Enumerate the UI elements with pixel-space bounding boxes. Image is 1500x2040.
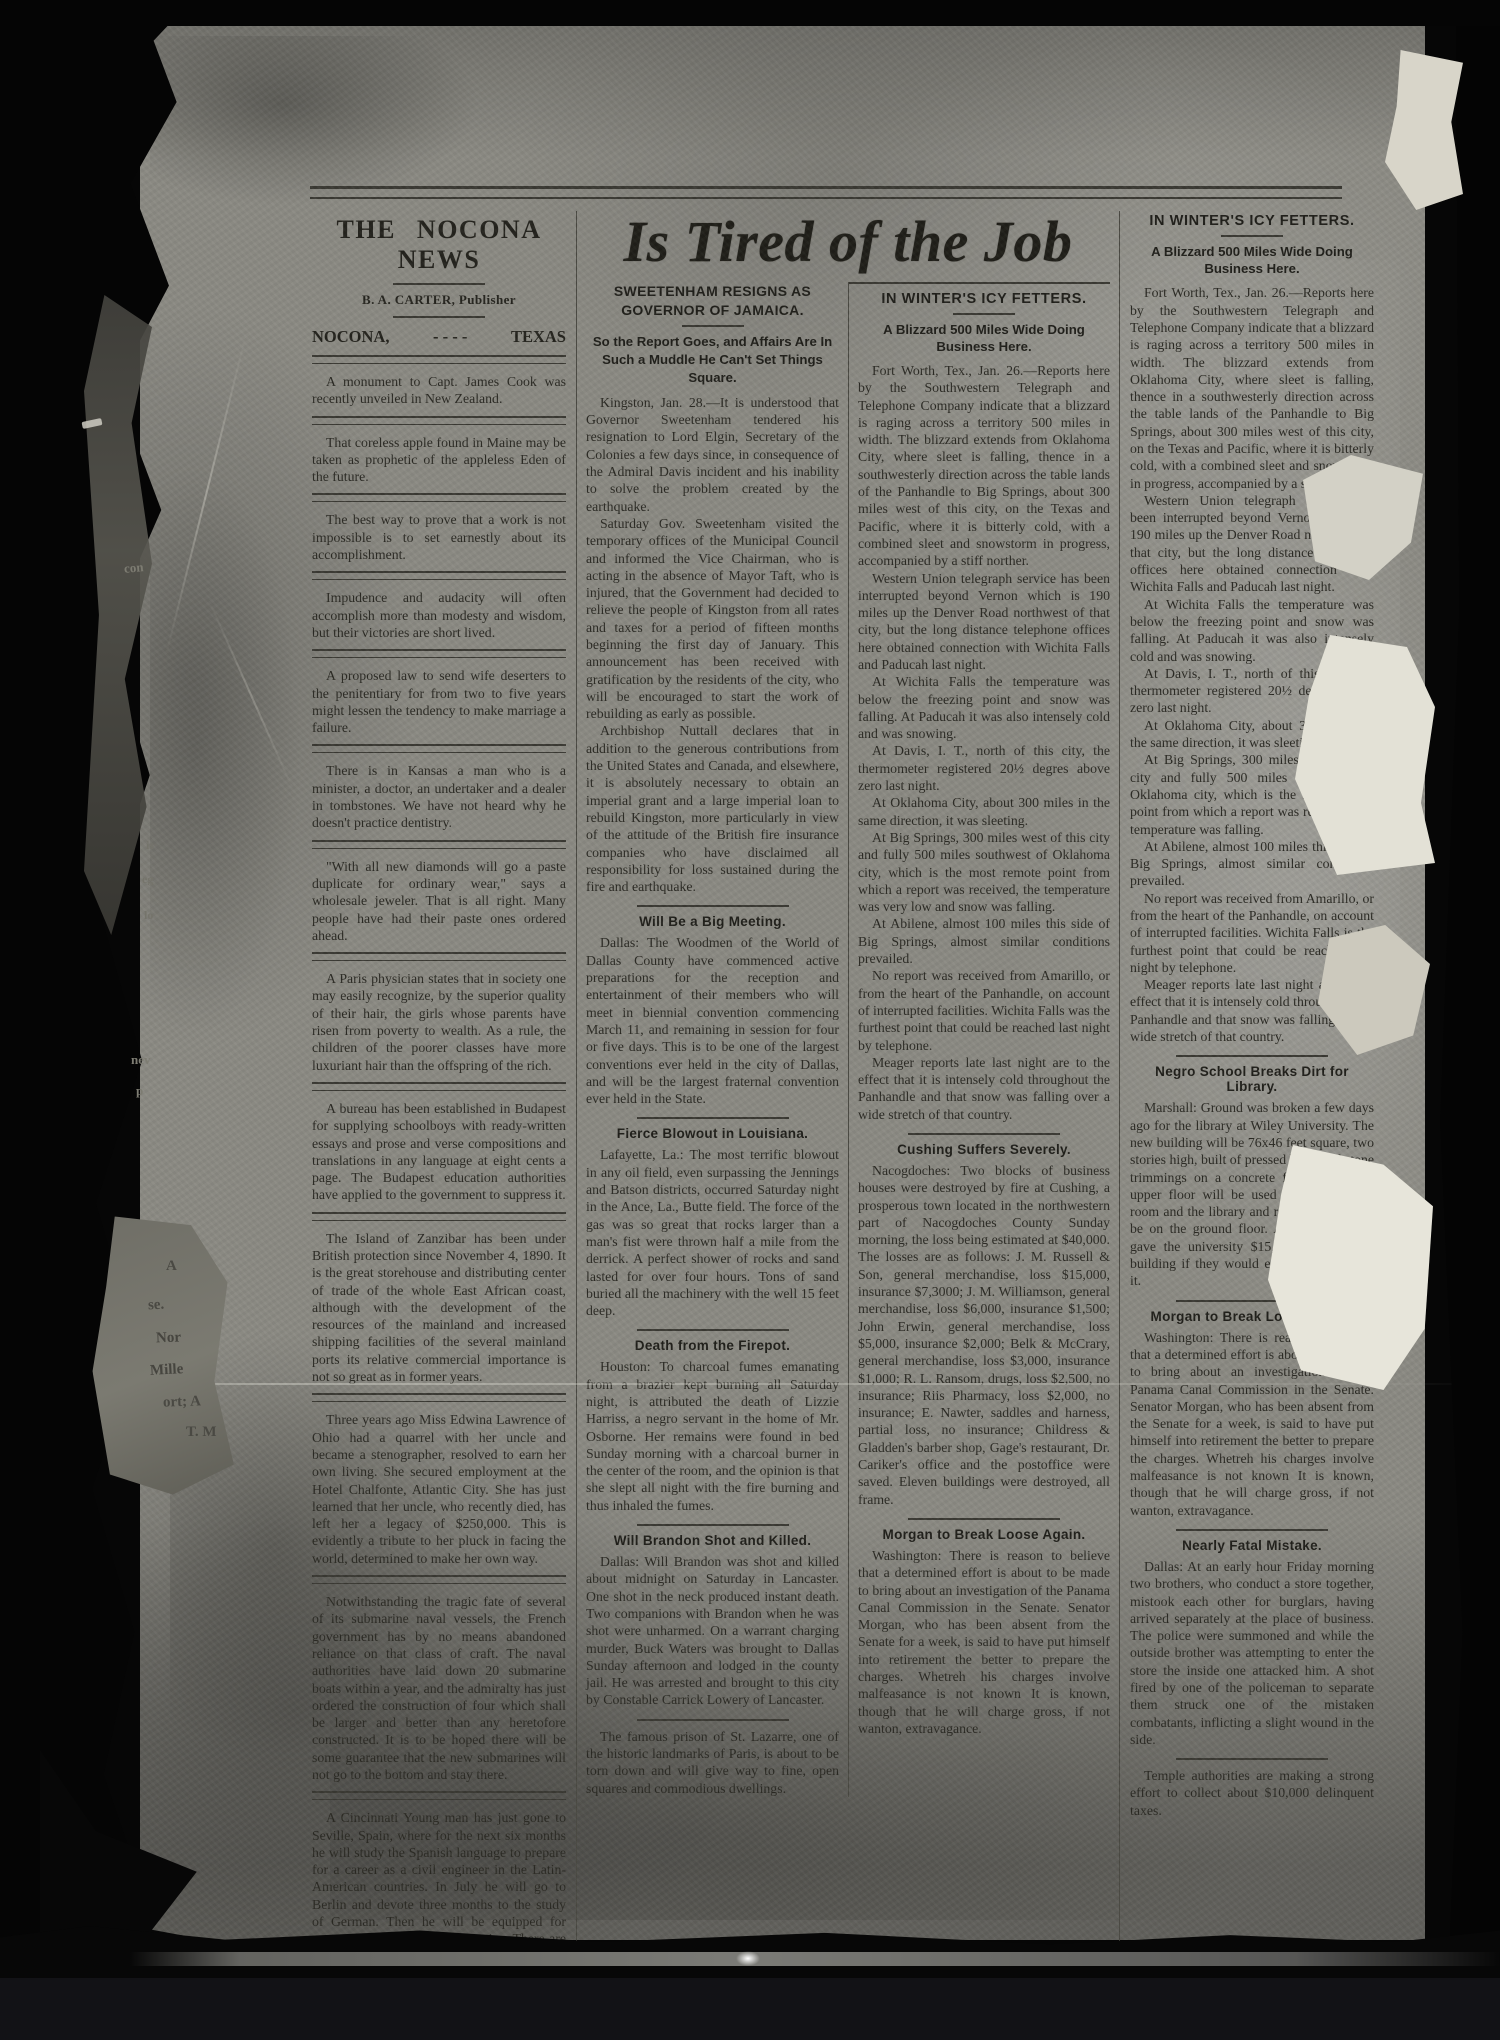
center-zone: Is Tired of the Job SWEETENHAM RESIGNS A…: [577, 211, 1120, 2000]
briefs-list: A monument to Capt. James Cook was recen…: [312, 373, 566, 2000]
article: Morgan to Break Loose Again. Washington:…: [858, 1518, 1110, 1737]
masthead-state: TEXAS: [511, 327, 566, 347]
article-paragraph: No report was received from Amarillo, or…: [858, 967, 1110, 1053]
article-paragraph: Saturday Gov. Sweetenham visited the tem…: [586, 515, 839, 723]
article: Nearly Fatal Mistake. Dallas: At an earl…: [1130, 1529, 1374, 1748]
article-body: Houston: To charcoal fumes emanating fro…: [586, 1358, 839, 1514]
page-content: THE NOCONA NEWS B. A. CARTER, Publisher …: [310, 186, 1342, 2000]
scanner-light-strip: [130, 1952, 1500, 1966]
brief-item: The best way to prove that a work is not…: [312, 511, 566, 580]
divider-rule: [908, 1518, 1060, 1520]
scratch-line: [0, 1383, 1500, 1385]
brief-item: A Paris physician states that in society…: [312, 970, 566, 1091]
brief-item: The Island of Zanzibar has been under Br…: [312, 1230, 566, 1403]
masthead-divider: [393, 316, 485, 318]
divider-double-rule: [312, 1791, 566, 1800]
news-brief: Temple authorities are making a strong e…: [1130, 1767, 1374, 1819]
masthead-dateline: NOCONA, - - - - TEXAS: [312, 327, 566, 347]
brief-item: There is in Kansas a man who is a minist…: [312, 762, 566, 848]
article-paragraph: Kingston, Jan. 28.—It is understood that…: [586, 394, 839, 515]
torn-right-edge: [1432, 0, 1500, 2040]
divider-rule: [908, 1133, 1060, 1135]
divider-double-rule: [312, 416, 566, 425]
torn-fragment-text: Nor: [156, 1330, 182, 1348]
blizzard-story: Fort Worth, Tex., Jan. 26.—Reports here …: [858, 362, 1110, 1123]
brief-text: The Island of Zanzibar has been under Br…: [312, 1230, 566, 1386]
column-1: THE NOCONA NEWS B. A. CARTER, Publisher …: [310, 211, 577, 2000]
article-paragraph: At Oklahoma City, about 300 miles in the…: [858, 794, 1110, 829]
article-heading: Cushing Suffers Severely.: [858, 1142, 1110, 1157]
article-paragraph: Fort Worth, Tex., Jan. 26.—Reports here …: [1130, 284, 1374, 492]
divider-double-rule: [312, 840, 566, 849]
light-reflection-dot: [736, 1951, 760, 1966]
divider-rule: [682, 325, 744, 327]
brief-item: Three years ago Miss Edwina Lawrence of …: [312, 1411, 566, 1584]
divider-rule: [637, 1524, 789, 1526]
torn-fragment-text: eg: [142, 872, 153, 887]
article-heading: Fierce Blowout in Louisiana.: [586, 1126, 839, 1141]
torn-fragment-text: T. M: [186, 1424, 217, 1441]
article-paragraph: Fort Worth, Tex., Jan. 26.—Reports here …: [858, 362, 1110, 570]
article: Cushing Suffers Severely. Nacogdoches: T…: [858, 1133, 1110, 1508]
article-paragraph: At Davis, I. T., north of this city, the…: [858, 742, 1110, 794]
masthead-title: THE NOCONA NEWS: [312, 215, 566, 275]
article-heading: IN WINTER'S ICY FETTERS.: [1130, 213, 1374, 229]
scanned-newspaper-photo: { "masthead": { "title": "THE NOCONA NEW…: [0, 0, 1500, 2040]
masthead-dashes: - - - -: [433, 327, 467, 347]
column-3-articles: Cushing Suffers Severely. Nacogdoches: T…: [858, 1133, 1110, 1737]
brief-item: A monument to Capt. James Cook was recen…: [312, 373, 566, 425]
article-subhead: SWEETENHAM RESIGNS AS GOVERNOR OF JAMAIC…: [586, 282, 839, 320]
divider-double-rule: [312, 952, 566, 961]
brief-text: Notwithstanding the tragic fate of sever…: [312, 1593, 566, 1783]
article-body: Dallas: The Woodmen of the World of Dall…: [586, 934, 839, 1107]
brief-item: That coreless apple found in Maine may b…: [312, 434, 566, 503]
brief-item: "With all new diamonds will go a paste d…: [312, 858, 566, 961]
brief-text: The best way to prove that a work is not…: [312, 511, 566, 563]
article-paragraph: Western Union telegraph service has been…: [858, 570, 1110, 674]
article-paragraph: At Abilene, almost 100 miles this side o…: [858, 915, 1110, 967]
news-brief: The famous prison of St. Lazarre, one of…: [586, 1728, 839, 1797]
article-paragraph: At Big Springs, 300 miles west of this c…: [858, 829, 1110, 915]
brief-text: "With all new diamonds will go a paste d…: [312, 858, 566, 944]
torn-fragment-text: p: [136, 1083, 143, 1099]
column-3: IN WINTER'S ICY FETTERS. A Blizzard 500 …: [849, 282, 1110, 1797]
divider-rule: [1176, 1758, 1328, 1760]
column-2: SWEETENHAM RESIGNS AS GOVERNOR OF JAMAIC…: [586, 282, 849, 1797]
article-heading: Will Be a Big Meeting.: [586, 914, 839, 929]
brief-text: Impudence and audacity will often accomp…: [312, 589, 566, 641]
article-subhead: A Blizzard 500 Miles Wide Doing Business…: [858, 321, 1110, 355]
columns: THE NOCONA NEWS B. A. CARTER, Publisher …: [310, 211, 1342, 2000]
torn-fragment-text: ort; A: [163, 1393, 201, 1411]
brief-text: A Paris physician states that in society…: [312, 970, 566, 1074]
article-paragraph: Meager reports late last night are to th…: [858, 1054, 1110, 1123]
torn-fragment-text: con: [123, 559, 144, 577]
article-heading: Nearly Fatal Mistake.: [1130, 1538, 1374, 1553]
torn-fragment-text: se.: [148, 1297, 165, 1315]
brief-text: A proposed law to send wife deserters to…: [312, 667, 566, 736]
torn-fragment-text: A: [166, 1258, 177, 1275]
brief-text: A bureau has been established in Budapes…: [312, 1100, 566, 1204]
column-2-articles: Will Be a Big Meeting. Dallas: The Woodm…: [586, 905, 839, 1708]
article-body: Lafayette, La.: The most terrific blowou…: [586, 1146, 839, 1319]
masthead-publisher: B. A. CARTER, Publisher: [312, 292, 566, 308]
divider-double-rule: [312, 1212, 566, 1221]
masthead-divider: [393, 283, 485, 285]
torn-fragment-text: lo: [144, 908, 153, 923]
article: Death from the Firepot. Houston: To char…: [586, 1329, 839, 1514]
divider-rule: [637, 905, 789, 907]
divider-double-rule: [312, 1082, 566, 1091]
article-heading: IN WINTER'S ICY FETTERS.: [858, 291, 1110, 307]
article: Will Be a Big Meeting. Dallas: The Woodm…: [586, 905, 839, 1107]
divider-rule: [1176, 1529, 1328, 1531]
brief-text: Three years ago Miss Edwina Lawrence of …: [312, 1411, 566, 1567]
divider-rule: [637, 1719, 789, 1721]
divider-double-rule: [312, 744, 566, 753]
article: Will Brandon Shot and Killed. Dallas: Wi…: [586, 1524, 839, 1709]
divider-double-rule: [312, 571, 566, 580]
center-columns: SWEETENHAM RESIGNS AS GOVERNOR OF JAMAIC…: [586, 282, 1110, 1797]
article-paragraph: Archbishop Nuttall declares that in addi…: [586, 722, 839, 895]
divider-double-rule: [312, 1575, 566, 1584]
divider-rule: [637, 1329, 789, 1331]
divider-rule: [953, 313, 1015, 315]
torn-fragment-text: Mille: [150, 1361, 184, 1380]
bottom-dark-zone: [0, 1978, 1500, 2040]
brief-text: There is in Kansas a man who is a minist…: [312, 762, 566, 831]
brief-item: Impudence and audacity will often accomp…: [312, 589, 566, 658]
article-body: Dallas: Will Brandon was shot and killed…: [586, 1553, 839, 1709]
article-heading: Negro School Breaks Dirt for Library.: [1130, 1064, 1374, 1094]
divider-rule: [1176, 1055, 1328, 1057]
brief-text: A monument to Capt. James Cook was recen…: [312, 373, 566, 408]
kingston-story: Kingston, Jan. 28.—It is understood that…: [586, 394, 839, 896]
divider-double-rule: [312, 493, 566, 502]
brief-item: Notwithstanding the tragic fate of sever…: [312, 1593, 566, 1800]
brief-item: A bureau has been established in Budapes…: [312, 1100, 566, 1221]
torn-fragment-text: is: [146, 838, 154, 853]
article-paragraph: At Wichita Falls the temperature was bel…: [858, 673, 1110, 742]
divider-rule: [1221, 235, 1283, 237]
article-heading: Morgan to Break Loose Again.: [858, 1527, 1110, 1542]
brief-item: A proposed law to send wife deserters to…: [312, 667, 566, 753]
article-body: Nacogdoches: Two blocks of business hous…: [858, 1162, 1110, 1508]
article-deck: So the Report Goes, and Affairs Are In S…: [586, 333, 839, 386]
brief-text: That coreless apple found in Maine may b…: [312, 434, 566, 486]
divider-double-rule: [312, 355, 566, 364]
article-heading: Death from the Firepot.: [586, 1338, 839, 1353]
article-body: Dallas: At an early hour Friday morning …: [1130, 1558, 1374, 1748]
article-body: Washington: There is reason to believe t…: [858, 1547, 1110, 1737]
article-heading: Will Brandon Shot and Killed.: [586, 1533, 839, 1548]
headline: Is Tired of the Job: [586, 211, 1110, 274]
top-double-rule: [310, 186, 1342, 199]
torn-fragment-text: nev: [131, 1052, 151, 1068]
divider-double-rule: [312, 649, 566, 658]
dark-top-band: [0, 0, 1500, 26]
article: Fierce Blowout in Louisiana. Lafayette, …: [586, 1117, 839, 1319]
article-subhead: A Blizzard 500 Miles Wide Doing Business…: [1130, 243, 1374, 277]
masthead-city: NOCONA,: [312, 327, 389, 347]
divider-double-rule: [312, 1393, 566, 1402]
divider-rule: [637, 1117, 789, 1119]
